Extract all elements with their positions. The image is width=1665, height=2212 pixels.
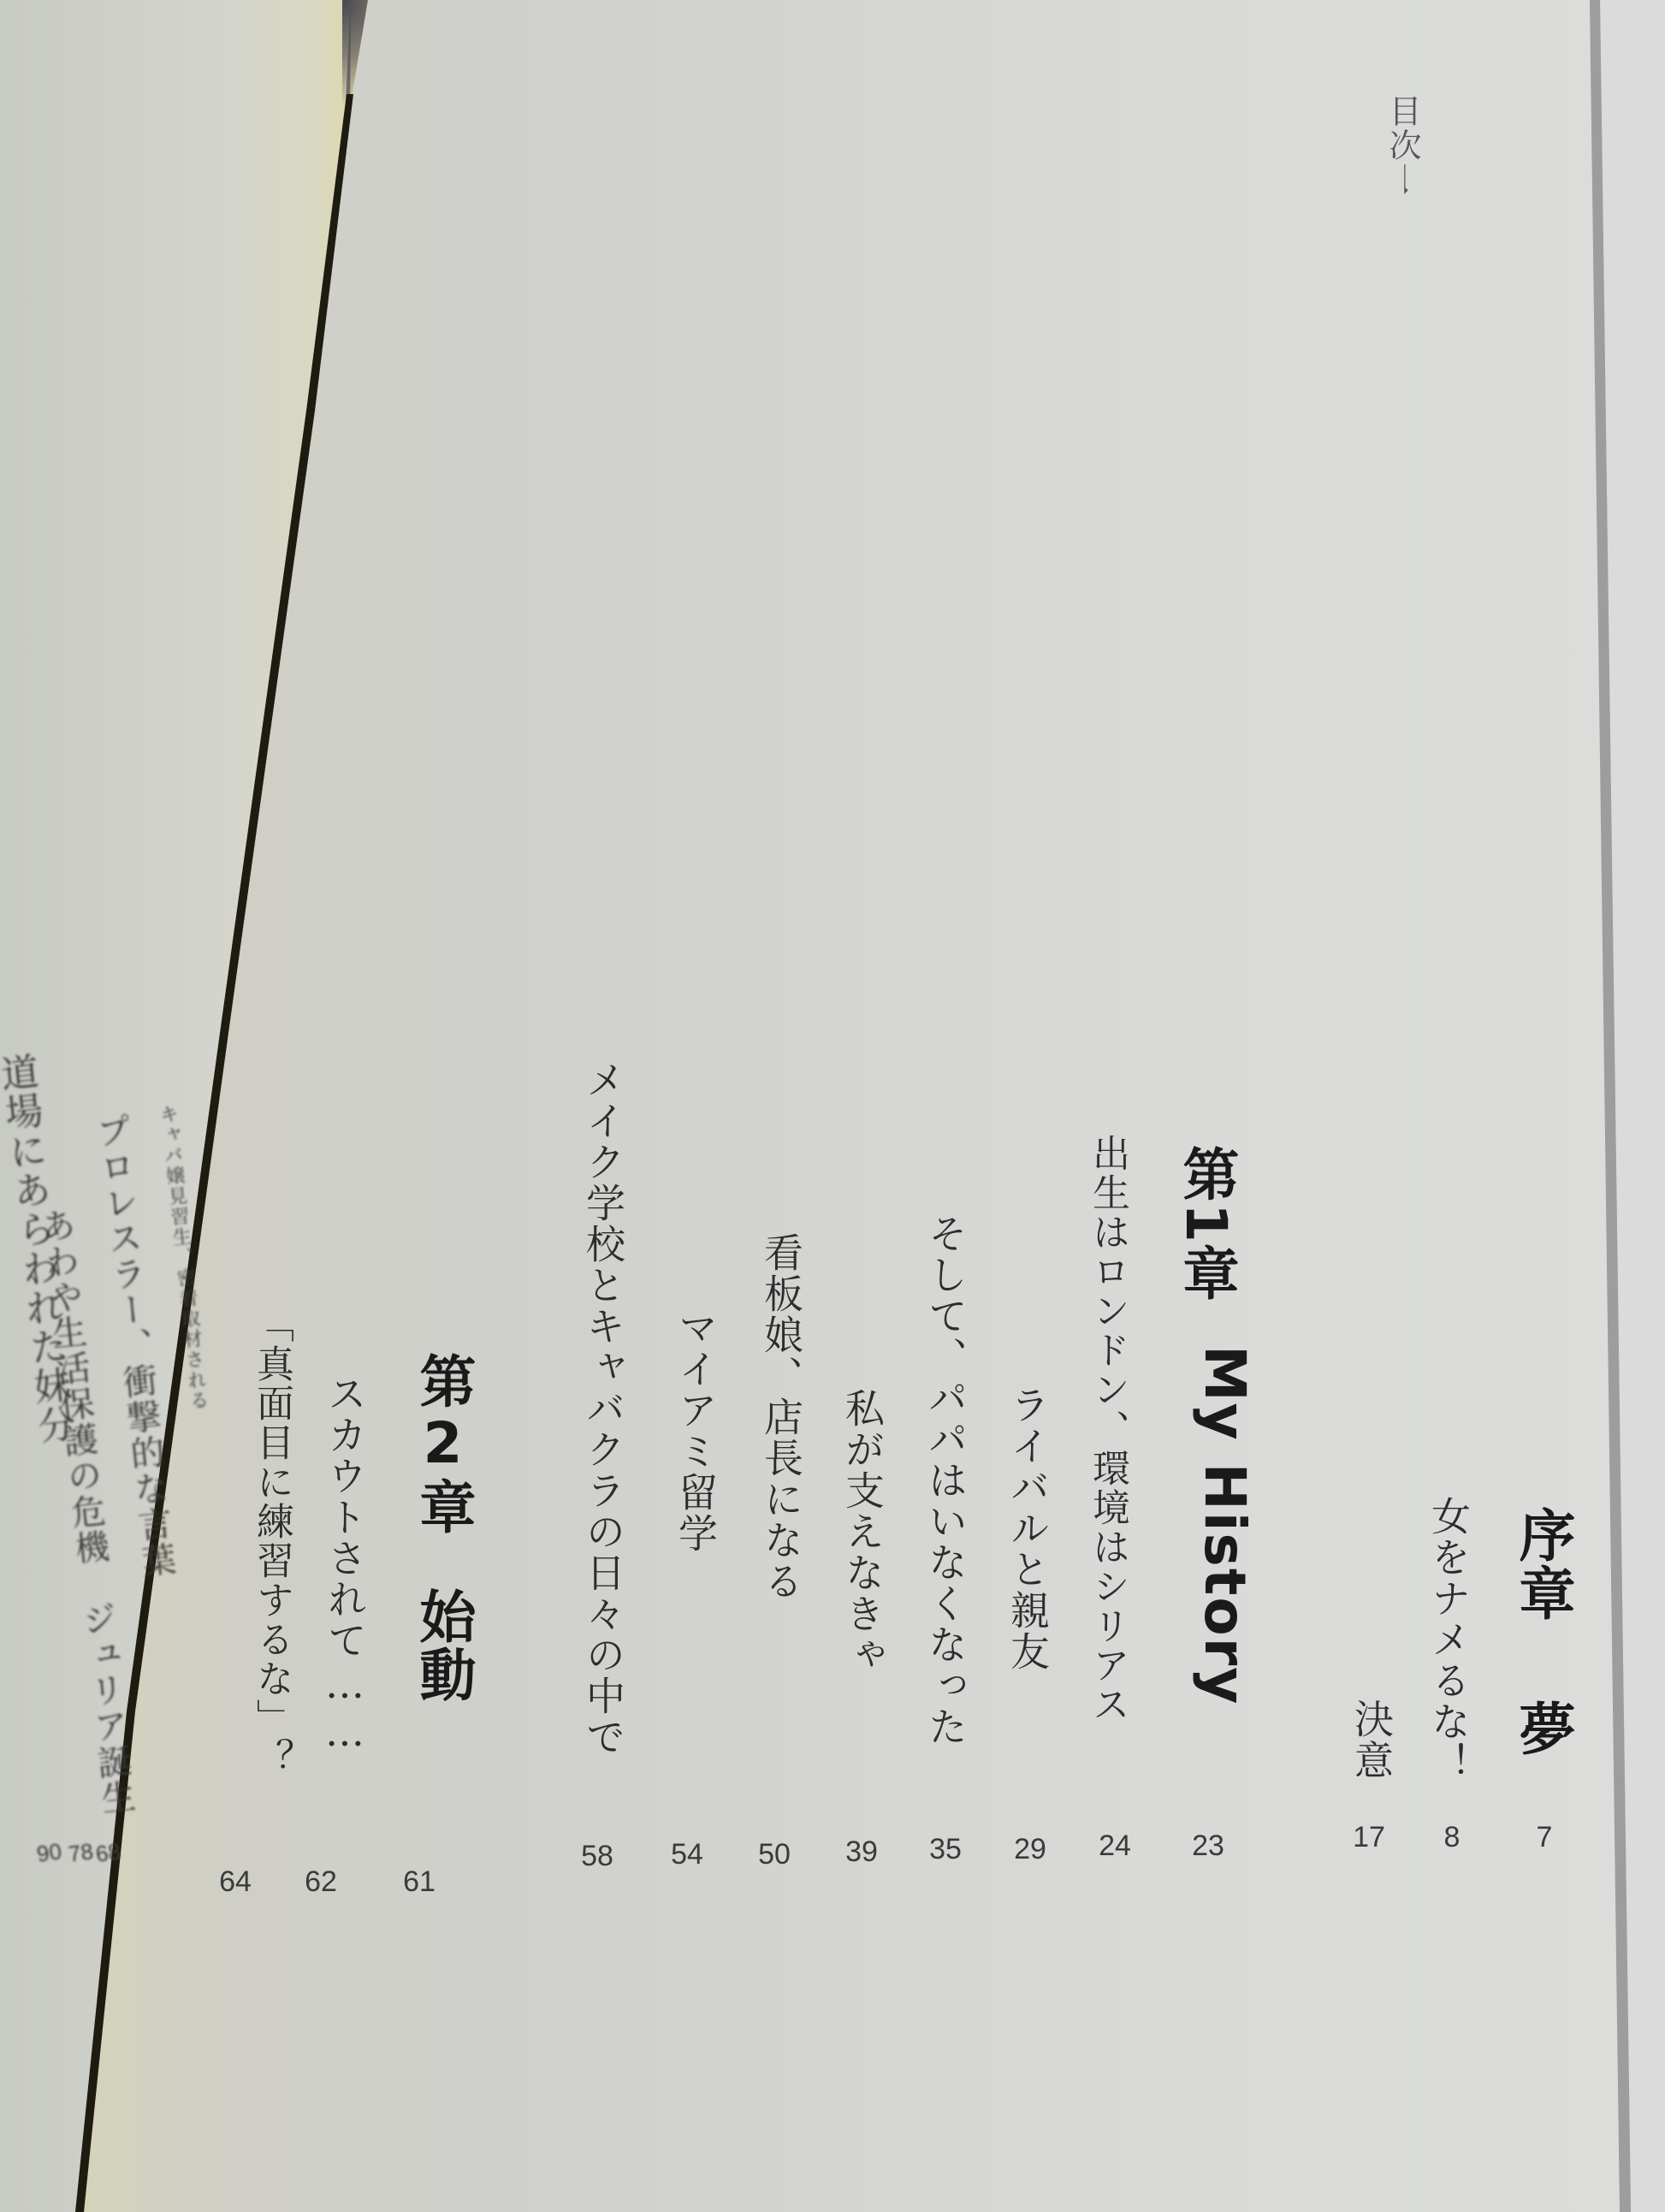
page-number: 17 (1353, 1821, 1385, 1854)
toc-entry-title: 女をナメるな！ (1425, 1496, 1472, 1783)
toc-entry: 出生はロンドン、環境はシリアス (1080, 1134, 1135, 1724)
chapter-title: 始動 (410, 1587, 476, 1704)
chapter-label: 第2章 (410, 1352, 476, 1536)
page-number: 54 (671, 1838, 703, 1871)
page-number: 62 (305, 1865, 337, 1899)
toc-entry: そして、パパはいなくなった (917, 1213, 974, 1747)
page-number: 23 (1192, 1829, 1224, 1863)
chapter-2-heading: 第2章始動 (402, 1352, 483, 1704)
toc-entry: メイク学校とキャバクラの日々の中で (575, 1059, 631, 1758)
page-number: 35 (929, 1833, 962, 1866)
toc-entry: 決意 (1343, 1699, 1400, 1781)
page-number: 58 (581, 1840, 613, 1873)
page-number: 50 (758, 1838, 791, 1871)
running-header: 目次一 (1379, 94, 1440, 197)
page-number: 64 (219, 1865, 252, 1899)
page-number: 78 (67, 1838, 95, 1868)
toc-entry-title: そして、パパはいなくなった (922, 1213, 969, 1747)
page-number: 7 (1537, 1821, 1553, 1854)
toc-entry-title: ライバルと親友 (1004, 1385, 1051, 1672)
running-header-text: 目次 (1384, 94, 1421, 163)
page-number: 39 (845, 1835, 878, 1869)
toc-entry-title: 「真面目に練習するな」？ (250, 1305, 293, 1777)
toc-entry-title: マイアミ留学 (673, 1308, 719, 1554)
toc-entry: 女をナメるな！ (1420, 1496, 1477, 1783)
toc-entry-title: 看板娘、店長になる (758, 1232, 804, 1602)
toc-entry: 私が支えなきゃ (834, 1388, 891, 1675)
chapter-title: My History (1192, 1345, 1258, 1705)
page-number: 68 (94, 1838, 122, 1868)
chapter-prologue-heading: 序章夢 (1502, 1506, 1583, 1758)
chapter-label: 序章 (1509, 1506, 1575, 1622)
chapter-label: 第1章 (1173, 1145, 1239, 1302)
toc-entry-title: 私が支えなきゃ (839, 1388, 886, 1675)
toc-entry-title: 決意 (1348, 1699, 1395, 1781)
toc-entry: マイアミ留学 (667, 1308, 724, 1554)
toc-entry-title: スカウトされて…… (322, 1373, 368, 1757)
page-number: 29 (1014, 1833, 1046, 1866)
page-number: 24 (1099, 1829, 1131, 1863)
page-number: 61 (403, 1865, 436, 1899)
chapter-1-heading: 第1章My History (1165, 1145, 1258, 1705)
page-number: 8 (1444, 1821, 1461, 1854)
toc-entry: 看板娘、店長になる (753, 1232, 809, 1602)
page-number: 90 (35, 1838, 63, 1868)
toc-entry: 「真面目に練習するな」？ (244, 1305, 299, 1777)
toc-entry-title: メイク学校とキャバクラの日々の中で (580, 1059, 626, 1758)
toc-entry-title: 出生はロンドン、環境はシリアス (1086, 1134, 1129, 1724)
chapter-title: 夢 (1509, 1699, 1575, 1758)
header-rule: 一 (1384, 163, 1421, 197)
toc-entry: ライバルと親友 (999, 1385, 1056, 1672)
toc-entry: スカウトされて…… (317, 1373, 373, 1757)
